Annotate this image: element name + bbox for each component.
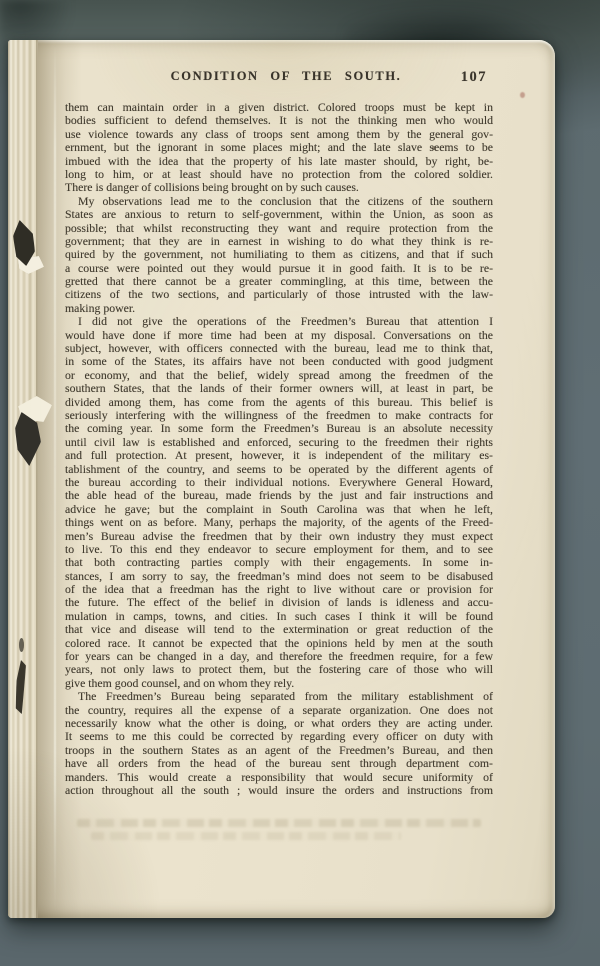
running-head-title: CONDITION OF THE SOUTH. bbox=[65, 69, 493, 84]
show-through-line bbox=[77, 819, 481, 827]
text-line: imbued with the idea that the property o… bbox=[65, 155, 493, 168]
show-through-line bbox=[91, 832, 401, 840]
page-number: 107 bbox=[461, 69, 487, 86]
text-line: possible; that whilst reconstructing the… bbox=[65, 222, 493, 235]
text-line: have all orders from the head of the bur… bbox=[65, 757, 493, 770]
text-line: use violence towards any class of troops… bbox=[65, 128, 493, 141]
text-line: to live. To this end they endeavor to se… bbox=[65, 543, 493, 556]
text-line: of the idea that a freedman has the righ… bbox=[65, 583, 493, 596]
page-body: them can maintain order in a given distr… bbox=[65, 101, 493, 797]
text-line: give them good counsel, and on whom they… bbox=[65, 677, 493, 690]
text-line: manders. This would create a responsibil… bbox=[65, 771, 493, 784]
text-line: making power. bbox=[65, 302, 493, 315]
text-line: stances, I am sorry to say, the freedman… bbox=[65, 570, 493, 583]
text-line: for years can be changed in a day, and t… bbox=[65, 650, 493, 663]
text-line: seriously interfering with the willingne… bbox=[65, 409, 493, 422]
text-line: troops in the southern States as an agen… bbox=[65, 744, 493, 757]
text-line: My observations lead me to the conclusio… bbox=[65, 195, 493, 208]
text-line: mulation in camps, towns, and cities. In… bbox=[65, 610, 493, 623]
text-line: bodies sufficient to defend themselves. … bbox=[65, 114, 493, 127]
text-line: until civil law is established and enfor… bbox=[65, 436, 493, 449]
text-column: CONDITION OF THE SOUTH. 107 them can mai… bbox=[65, 40, 493, 918]
text-line: It seems to me this could be corrected b… bbox=[65, 730, 493, 743]
text-line: long to him, or at least should have no … bbox=[65, 168, 493, 181]
text-line: citizens of the two sections, and partic… bbox=[65, 288, 493, 301]
text-line: colored race. It cannot be expected that… bbox=[65, 637, 493, 650]
text-line: years, not only laws to protect them, bu… bbox=[65, 663, 493, 676]
text-line: There is danger of collisions being brou… bbox=[65, 181, 493, 194]
text-line: divided among them, has come from the ag… bbox=[65, 396, 493, 409]
text-line: them can maintain order in a given distr… bbox=[65, 101, 493, 114]
text-line: that vice and disease will tend to the e… bbox=[65, 623, 493, 636]
text-line: that both contracting parties comply wit… bbox=[65, 556, 493, 569]
text-line: necessarily know what the other is doing… bbox=[65, 717, 493, 730]
text-line: southern States, that the lands of their… bbox=[65, 382, 493, 395]
running-head: CONDITION OF THE SOUTH. 107 bbox=[65, 69, 493, 87]
paper-speck bbox=[520, 92, 525, 98]
text-line: subject, however, with officers connecte… bbox=[65, 342, 493, 355]
text-line: gretted that there cannot be a greater c… bbox=[65, 275, 493, 288]
stacked-page-edges bbox=[8, 40, 38, 918]
scanned-book-photo: CONDITION OF THE SOUTH. 107 them can mai… bbox=[0, 0, 600, 966]
show-through-text bbox=[77, 819, 493, 845]
text-line: men’s Bureau advise the freedmen that by… bbox=[65, 530, 493, 543]
text-line: the bureau according to their individual… bbox=[65, 476, 493, 489]
page-crease bbox=[54, 44, 56, 914]
text-line: or economy, and that the belief, widely … bbox=[65, 369, 493, 382]
text-line: government; that they are in earnest in … bbox=[65, 235, 493, 248]
text-line: States are anxious to return to self-gov… bbox=[65, 208, 493, 221]
text-line: the coming year. In some form the Freedm… bbox=[65, 422, 493, 435]
text-line: and full protection. At present, however… bbox=[65, 449, 493, 462]
text-line: quired by the government, not humiliatin… bbox=[65, 248, 493, 261]
text-line: action throughout all the south ; would … bbox=[65, 784, 493, 797]
text-line: in some of the States, its affairs have … bbox=[65, 355, 493, 368]
text-line: a course were pointed out they would pur… bbox=[65, 262, 493, 275]
text-line: would have done if more time had been at… bbox=[65, 329, 493, 342]
text-line: tablishment of the country, and seems to… bbox=[65, 463, 493, 476]
text-line: the country, requires all the expense of… bbox=[65, 704, 493, 717]
text-line: the future. The effect of the belief in … bbox=[65, 596, 493, 609]
text-line: ernment, but the ignorant in some places… bbox=[65, 141, 493, 154]
book-page: CONDITION OF THE SOUTH. 107 them can mai… bbox=[8, 40, 555, 918]
text-line: the able head of the bureau, made friend… bbox=[65, 489, 493, 502]
text-line: The Freedmen’s Bureau being separated fr… bbox=[65, 690, 493, 703]
text-line: things went on as before. Many, perhaps … bbox=[65, 516, 493, 529]
text-line: advice he gave; but the complaint in Sou… bbox=[65, 503, 493, 516]
text-line: I did not give the operations of the Fre… bbox=[65, 315, 493, 328]
